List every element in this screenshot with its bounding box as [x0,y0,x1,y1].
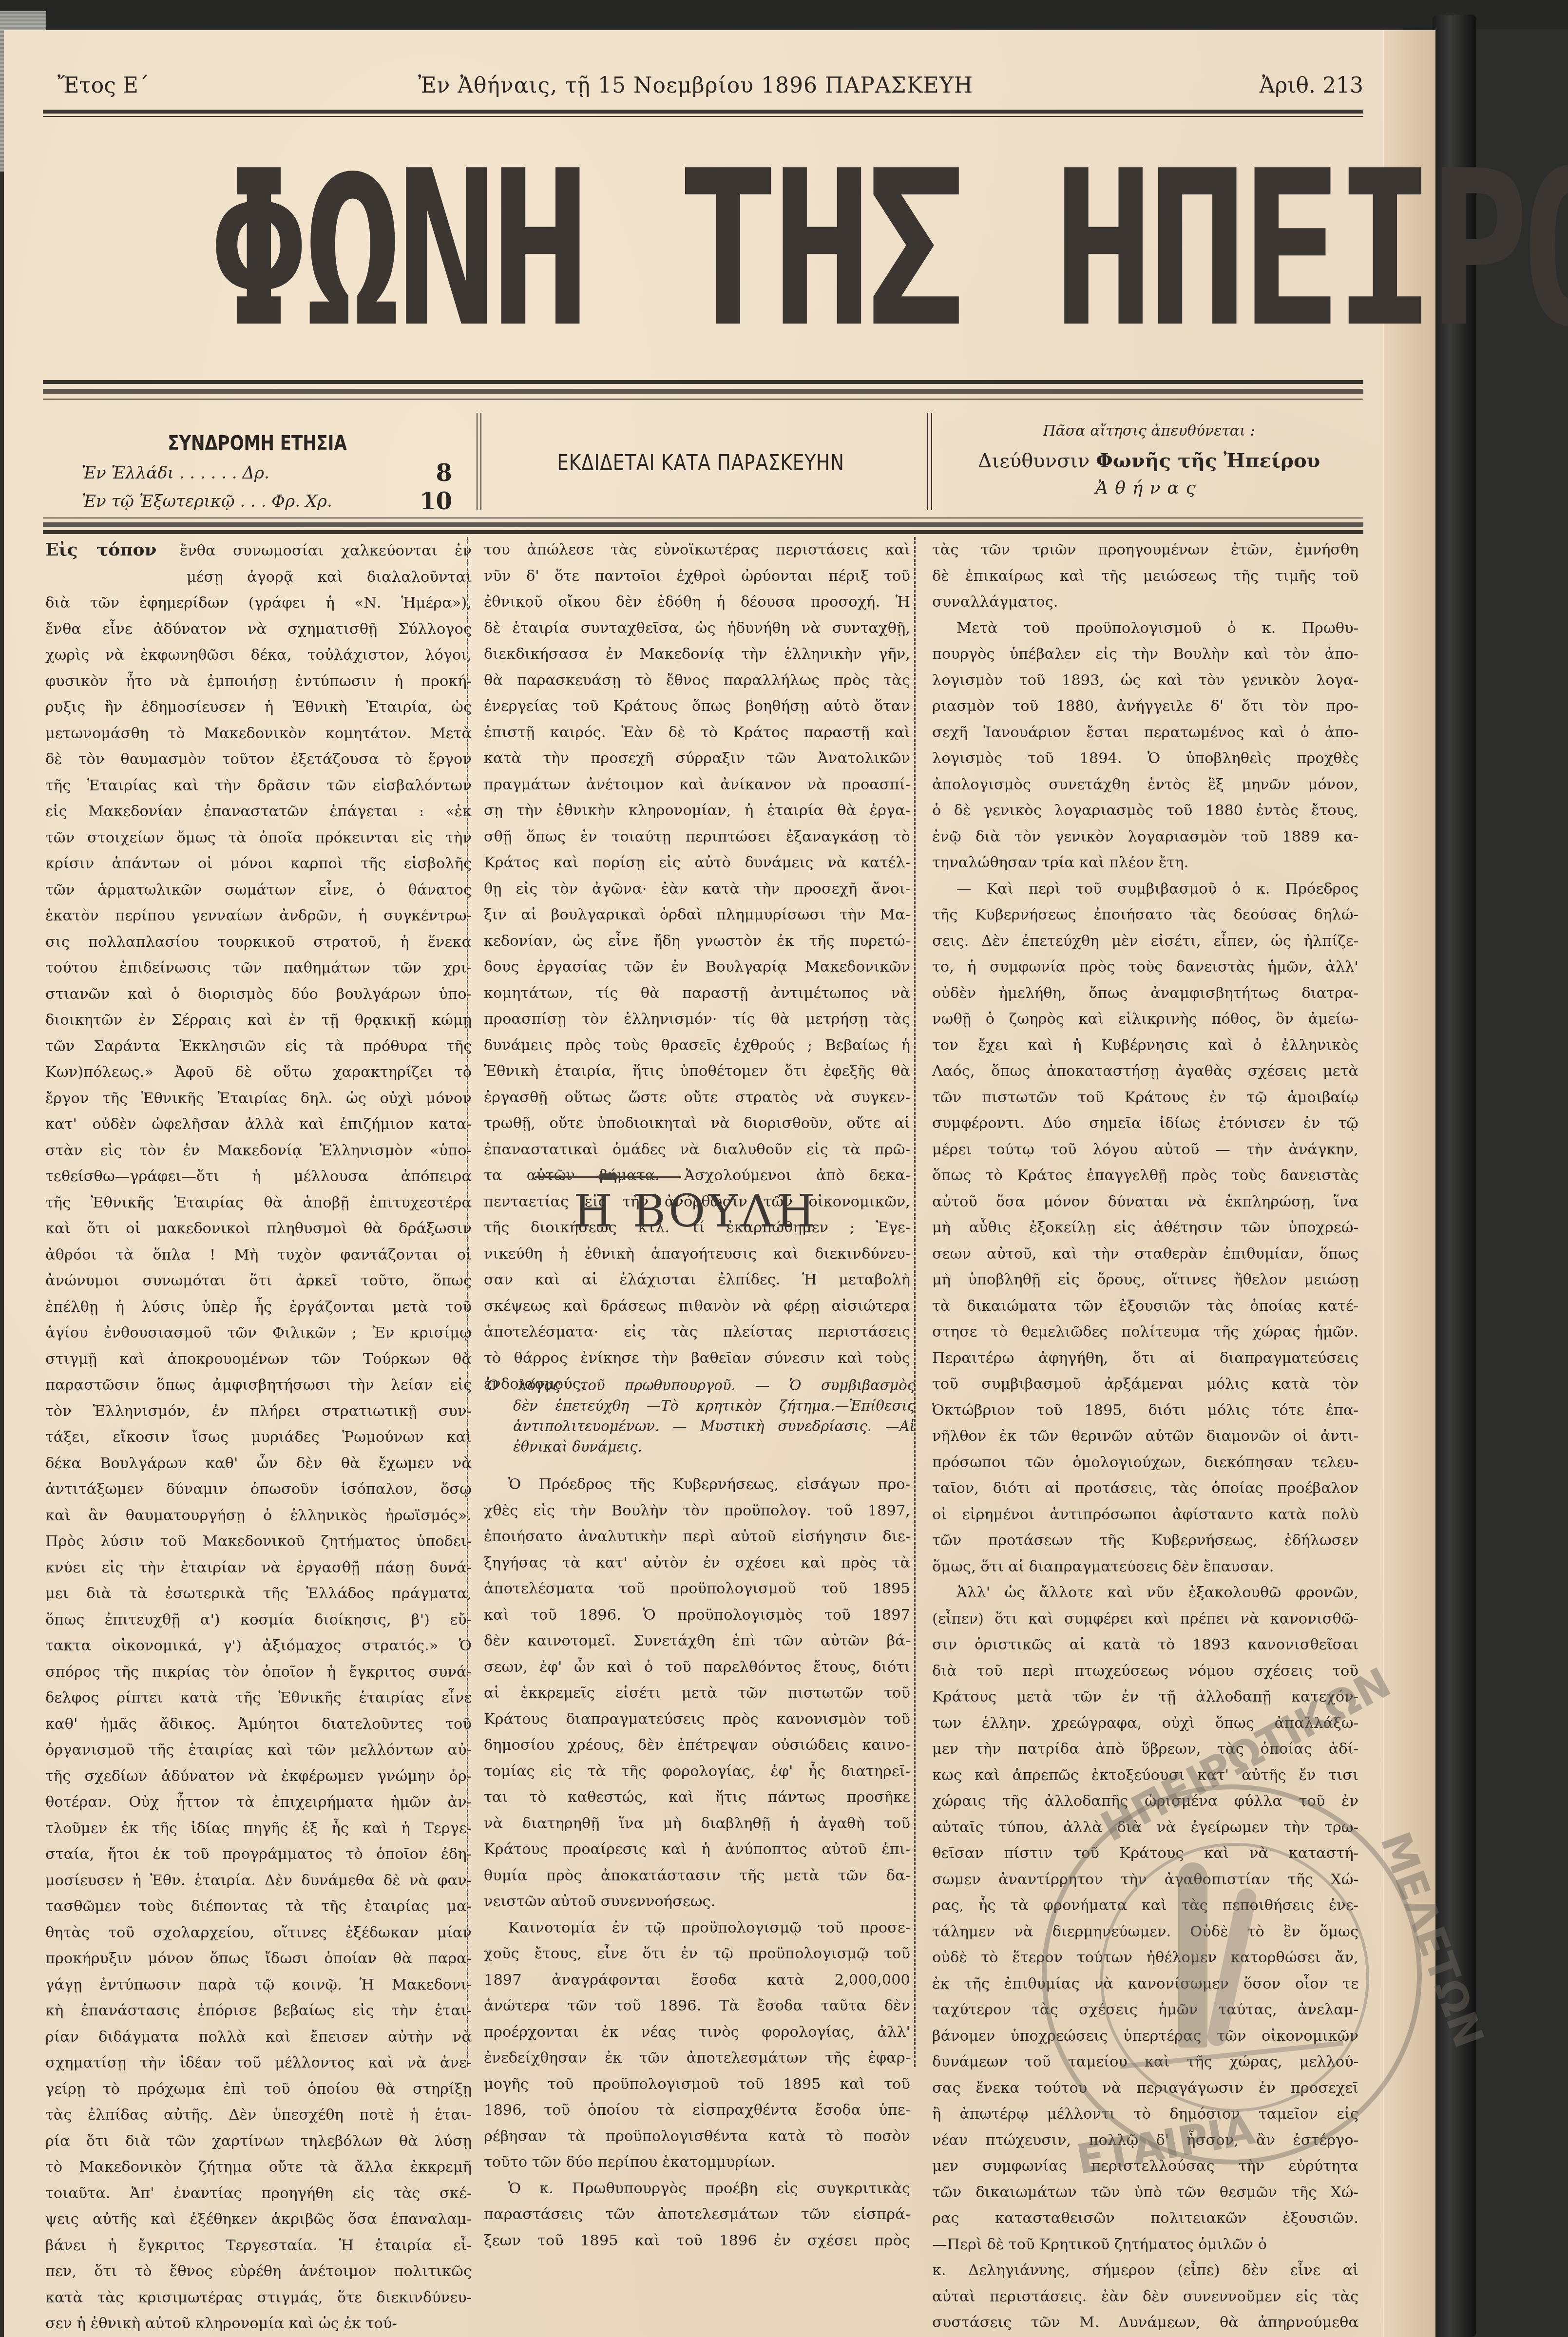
summary-line: δὲν ἐπετεύχθη —Τὸ κρητικὸν ζήτημα.—Ἐπίθε… [486,1396,915,1416]
text-line: των ἑλλην. χρεώγραφα, οὐχὶ ὅπως ἀπαλλάξω… [932,1710,1358,1737]
address-box: Πᾶσα αἴτησις ἀπευθύνεται : Διεύθυνσιν Φω… [935,413,1363,510]
text-line: πρόσωποι τῶν ὁμολογιούχων, διεκόπησαν τε… [932,1450,1358,1476]
issue-date: Ἐν Ἀθήναις, τῇ 15 Νοεμβρίου 1896 ΠΑΡΑΣΚΕ… [418,73,973,98]
text-line: Ἀλλ' ὡς ἄλλοτε καὶ νῦν ἐξακολουθῶ φρονῶν… [932,1580,1358,1606]
text-line: μετωνομάσθη τὸ Μακεδονικὸν κομητάτον. Με… [45,721,472,747]
text-line: Ὁ Πρόεδρος τῆς Κυβερνήσεως, εἰσάγων προ- [484,1472,910,1498]
text-line: δημοσίου χρέους, δὲν ἐπέτρεψαν οὐσιώδεις… [484,1732,910,1759]
text-line: Μετὰ τοῦ προϋπολογισμοῦ ὁ κ. Πρωθυ- [932,615,1358,642]
text-line: δὲν καινοτομεῖ. Συνετάχθη ἐπὶ τῶν αὐτῶν … [484,1628,910,1654]
text-line: στησε τὸ θεμελιῶδες πολίτευμα τῆς χώρας … [932,1319,1358,1345]
text-line: τῆς Κυβερνήσεως ἐποιήσατο τὰς δεούσας δη… [932,902,1358,928]
text-line: ἀντιτάξωμεν δύναμιν ὁπωσοῦν ἰσόπαλον, ὅσ… [45,1476,472,1503]
text-line: τὸ Μακεδονικὸν ζήτημα οὔτε τὰ ἄλλα ἐκκρε… [45,2154,472,2181]
text-line: τῶν δικαιωμάτων τῶν ὑπὸ τῶν θεσμῶν τῆς Χ… [932,2180,1358,2206]
text-line: ρία ὅτι διὰ τῶν χαρτίνων τηλεβόλων θὰ λύ… [45,2128,472,2155]
text-line: ρας κατασταθεισῶν πολιτειακῶν ἐξουσιῶν. [932,2205,1358,2232]
text-line: προέρχονται ἐκ νέας τινὸς φορολογίας, ἀλ… [484,2019,910,2046]
text-line: δὲ ἑταιρία συνταχθεῖσα, ὡς ἠδυνήθη νὰ συ… [484,615,910,642]
text-line: μέρει τούτῳ τοῦ λόγου αὐτοῦ — τὴν ἀνάγκη… [932,1137,1358,1163]
address-name: Φωνῆς τῆς Ἠπείρου [1096,449,1320,472]
text-line: σκέψεως καὶ δράσεως πιθανὸν νὰ φέρῃ αἰσι… [484,1293,910,1320]
text-line: τοῦ συμβιβασμοῦ ἀρξάμεναι μόλις κατὰ τὸν [932,1371,1358,1398]
text-line: κατὰ τὰς κρισιμωτέρας στιγμάς, ὅτε διεκι… [45,2285,472,2311]
subscription-heading: ΣΥΝΔΡΟΜΗ ΕΤΗΣΙΑ [75,432,440,455]
text-line: Περαιτέρω ἀφηγήθη, ὅτι αἱ διαπραγματεύσε… [932,1345,1358,1372]
text-line: σιν ὁριστικῶς αἱ κατὰ τὸ 1893 κανονισθεῖ… [932,1632,1358,1658]
text-line: τοιαῦτα. Ἀπ' ἐναντίας προηγήθη εἰς τὰς σ… [45,2181,472,2207]
text-line: καθ' ἡμᾶς ἄδικος. Ἀμύητοι διατελοῦντες τ… [45,1711,472,1738]
text-line: Κων)πόλεως.» Ἀφοῦ δὲ οὕτω χαρακτηρίζει τ… [45,1059,472,1086]
issue-number: Ἀριθ. 213 [1260,73,1363,98]
text-line: ἀθρόοι τὰ ὅπλα ! Μὴ τυχὸν φαντάζονται οἱ [45,1242,472,1268]
text-line: σχηματίσῃ τὴν ἰδέαν τοῦ μέλλοντος καὶ νὰ… [45,2050,472,2076]
parliament-article: Ὁ Πρόεδρος τῆς Κυβερνήσεως, εἰσάγων προ-… [484,1472,910,2254]
text-line: παραστῶσιν ὅπως ἀμφισβητήσωσι τὴν λείαν … [45,1372,472,1398]
text-line: χοῦς ἔτους, εἶνε ὅτι ἐν τῷ προϋπολογισμῷ… [484,1941,910,1967]
text-line: δέκα Βουλγάρων καθ' ὧν δὲν θὰ ἔχωμεν νὰ [45,1451,472,1477]
text-line: νέαν πτώχευσιν, πολλῷ δ' ἧσσον, ἂν ἐστέρ… [932,2127,1358,2154]
text-line: δὲ τὸν θαυμασμὸν τοῦτον ἐξετάζουσα τὸ ἔρ… [45,747,472,773]
info-bar: ΣΥΝΔΡΟΜΗ ΕΤΗΣΙΑ Ἐν Ἑλλάδι . . . . . . Δρ… [43,413,1363,510]
text-line: καὶ τοῦ 1896. Ὁ προϋπολογισμὸς τοῦ 1897 [484,1602,910,1628]
text-line: Κράτους διαπραγματεύσεις πρὸς κανονισμὸν… [484,1706,910,1733]
text-line: τῆς σχεδίων ἀδύνατον νὰ ἐκφέρωμεν γνώμην… [45,1763,472,1790]
text-line: του ἀπώλεσε τὰς εὐνοϊκωτέρας περιστάσεις… [484,537,910,563]
text-line: τάλημεν νὰ διερμηνεύωμεν. Οὐδὲ τὸ ἓν ὅμω… [932,1919,1358,1945]
text-line: ἐκ τῆς ἐπιθυμίας νὰ κανονίσωμεν ὅσον οἷο… [932,1971,1358,1997]
text-line: καὶ ὅτι οἱ μακεδονικοὶ πληθυσμοὶ θὰ δράξ… [45,1216,472,1242]
text-line: μεν τὴν πατρίδα ἀπὸ ὕβρεων, τὰς ὁποίας ἀ… [932,1736,1358,1762]
text-line: σωμεν ἀναντίρρητον τὴν ἀγαθοπιστίαν τῆς … [932,1867,1358,1893]
text-line: θῃ εἰς τὸν ἀγῶνα· ἐὰν κατὰ τὴν προσεχῆ ἄ… [484,876,910,902]
text-line: Ἐθνικὴ ἑταιρία, ἥτις ὑποθέτομεν ὅτι ἐφεξ… [484,1058,910,1085]
text-line: χωρὶς νὰ ἐκφωνηθῶσι δέκα, τοὐλάχιστον, λ… [45,642,472,669]
text-line: ρέβησαν τὰ προϋπολογισθέντα κατὰ τὸ ποσὸ… [484,2124,910,2150]
text-line: μοσίευσεν ἡ Ἐθν. ἑταιρία. Δὲν δυνάμεθα δ… [45,1868,472,1894]
text-line: οὐδὲ τὸ ἕτερον τούτων ἠθέλομεν κατορθώσε… [932,1945,1358,1971]
text-line: συστάσεις τῶν Μ. Δυνάμεων, θὰ ἀπηρνούμεθ… [932,2310,1358,2336]
text-line: νὰ διατηρηθῇ ἵνα μὴ διαβληθῇ ἡ ἀγαθὴ τοῦ [484,1811,910,1837]
text-line: τοῦτο τῶν δύο περίπου ἑκατομμυρίων. [484,2149,910,2176]
text-line: Κράτους μετὰ τῶν ἐν τῇ ἀλλοδαπῇ κατεχόν- [932,1684,1358,1710]
text-line: μεν συμφωνίας περιστελλούσας τὴν εὐρύτητ… [932,2153,1358,2180]
text-line: οἱ εἰρημένοι ἀντιπρόσωποι ἀφίσταντο κατὰ… [932,1502,1358,1528]
text-line: συναλλάγματος. [932,589,1358,615]
text-line: ταῖον, διότι αἱ προτάσεις, τὰς ὁποίας πρ… [932,1475,1358,1502]
text-line: (εἶπεν) ὅτι καὶ συμφέρει καὶ πρέπει νὰ κ… [932,1606,1358,1632]
text-line: σταία, ἤτοι ἐκ τοῦ προγράμματος τὸ ὁποῖο… [45,1841,472,1868]
address-line: Διεύθυνσιν Φωνῆς τῆς Ἠπείρου [935,449,1363,472]
text-line: ταχύτερον τὰς σχέσεις ἡμῶν ταύτας, ἀνελα… [932,1997,1358,2023]
text-line: τλοῦμεν ἐκ τῆς ἰδίας πηγῆς ἐξ ἧς καὶ ἡ Τ… [45,1816,472,1842]
text-line: θυμία πρὸς ἀποκατάστασιν τῆς μετὰ τῶν δα… [484,1863,910,1889]
text-line: τὰ δικαιώματα τῶν ἐξουσιῶν τὰς ὁποίας κα… [932,1293,1358,1320]
text-line: συμφέροντι. Δύο σημεῖα ἰδίως ἐτόνισεν ἐν… [932,1111,1358,1137]
text-line: θοτέραν. Οὐχ ἧττον τὰ ἐπιχειρήματα ἡμῶν … [45,1789,472,1816]
text-line: νειστῶν αὐτοῦ συνεννοήσεως. [484,1889,910,1915]
text-line: Πρὸς λύσιν τοῦ Μακεδονικοῦ ζητήματος ὑπο… [45,1529,472,1555]
text-line: τῆς Ἑταιρίας καὶ τὴν δρᾶσιν τῶν εἰσβαλόν… [45,773,472,799]
text-line: νῆλθον ἐκ τῶν θερινῶν αὐτῶν διαμονῶν οἱ … [932,1423,1358,1450]
text-line: ἀνώνυμοι συνωμόται ὅτι ἀρκεῖ τοῦτο, ὅπως [45,1268,472,1294]
text-line: Λαός, ὅπως ἀποκαταστήσῃ ἀγαθὰς σχέσεις μ… [932,1058,1358,1085]
subscription-box: ΣΥΝΔΡΟΜΗ ΕΤΗΣΙΑ Ἐν Ἑλλάδι . . . . . . Δρ… [43,413,472,510]
text-line: κ. Δεληγιάννης, σήμερον (εἶπε) δὲν εἶνε … [932,2258,1358,2284]
text-line: ὅμως, ὅτι αἱ διαπραγματεύσεις δὲν ἔπαυσα… [932,1554,1358,1580]
publication-box: ΕΚΔΙΔΕΤΑΙ ΚΑΤΑ ΠΑΡΑΣΚΕΥΗΝ [481,413,920,510]
newspaper-page: Ἔτος Ε΄ Ἐν Ἀθήναις, τῇ 15 Νοεμβρίου 1896… [4,30,1434,2337]
text-line: πουργὸς ὑπέβαλεν εἰς τὴν Βουλὴν καὶ τὸν … [932,641,1358,668]
text-line: μογῆς τοῦ προϋπολογισμοῦ τοῦ 1895 καὶ το… [484,2071,910,2098]
masthead-rule [43,110,1363,114]
address-intro: Πᾶσα αἴτησις ἀπευθύνεται : [935,422,1363,440]
text-line: γείρῃ τὸ πρόχωμα ἐπὶ τοῦ ὁποίου θὰ στηρί… [45,2076,472,2103]
text-line: προασπίσῃ τὸν ἑλληνισμόν· τίς θὰ μετρήσῃ… [484,1006,910,1033]
text-line: ριασμὸν τοῦ 1880, ἀνήγγειλε δ' ὅτι τὸν π… [932,693,1358,720]
text-line: ὁ δὲ γενικὸς λογαριασμὸς τοῦ 1880 ἐντὸς … [932,798,1358,824]
text-line: σθῇ ὅπως ἐν τοιαύτῃ περιπτώσει ἐξαναγκάσ… [484,824,910,850]
masthead-rule-thin [43,116,1363,117]
text-line: μὴ αὖθις ἐξοκείλῃ εἰς ἀθέτησιν τῶν ὑποχρ… [932,1215,1358,1241]
text-line: προκήρυξιν μόνον ὅπως ἴδωσι ὁποίαν θὰ πα… [45,1946,472,1972]
text-line: το, ἡ συμφωνία πρὸς τοὺς δανειστὰς ἡμῶν,… [932,954,1358,980]
text-line: ἔνθα εἶνε ἀδύνατον νὰ σχηματισθῇ Σύλλογο… [45,616,472,643]
text-line: ἐπαναστατικαὶ ὁμάδες νὰ διαλυθοῦν εἰς τὰ… [484,1137,910,1163]
text-line: δυνάμεις πρὸς τοὺς θρασεῖς ἐχθρούς ; Βεβ… [484,1033,910,1059]
text-line: βάνει ἡ ἔγκριτος Τεργεσταία. Ἡ ἑταιρία ε… [45,2233,472,2259]
text-line: ἐνῷ διὰ τὸν γενικὸν λογαριασμὸν τοῦ 1889… [932,824,1358,850]
text-line: σας ἕνεκα τούτου νὰ περιαγάγωσιν ἐν προσ… [932,2075,1358,2102]
text-line: —Περὶ δὲ τοῦ Κρητικοῦ ζητήματος ὁμιλῶν ὁ [932,2232,1358,2258]
text-line: τὸν Ἑλληνισμόν, ἐν πλήρει στρατιωτικῇ συ… [45,1398,472,1425]
text-line: κομητάτων, τίς θὰ παραστῇ ἀντιμέτωπος νὰ [484,980,910,1007]
text-line: αὐταῖς τύπου, ἀλλὰ διὰ νὰ ἐγείρωμεν τὴν … [932,1815,1358,1841]
summary-line: Ὁ λόγος τοῦ πρωθυπουργοῦ. — Ὁ συμβιβασμὸ… [486,1375,915,1396]
text-line: γάγῃ ἐντύπωσιν παρὰ τῷ κοινῷ. Ἡ Μακεδονι… [45,1972,472,1998]
text-line: τακτα οἰκονομικά, γ') ἀξιόμαχος στρατός.… [45,1633,472,1659]
text-line: δελφος ρίπτει κατὰ τῆς Ἐθνικῆς ἑταιρίας … [45,1685,472,1711]
text-line: τούτου ἐπιδείνωσις τῶν παθημάτων τῶν χρι… [45,955,472,981]
text-line: μὴ ὑποβληθῇ εἰς ὅρους, οἵτινες ἤθελον με… [932,1267,1358,1293]
text-line: διοικητῶν ἐν Σέρραις καὶ ἐν τῇ θρᾳκικῇ κ… [45,1007,472,1034]
text-line: σεχῆ Ἰανουάριον ἔσται περατωμένος καὶ ὁ … [932,720,1358,746]
title-rule [43,380,1363,384]
text-line: Καινοτομία ἐν τῷ προϋπολογισμῷ τοῦ προσε… [484,1915,910,1941]
text-line: ψεις αὐτῆς καὶ ἐξέθηκεν ἀκριβῶς ὅσα ἐπαν… [45,2206,472,2233]
text-line: χθὲς εἰς τὴν Βουλὴν τὸν προϋπολογ. τοῦ 1… [484,1498,910,1524]
text-line: ὅπως ἐπιτευχθῇ α') κοσμία διοίκησις, β')… [45,1607,472,1633]
text-line: τὰς ἐλπίδας αὐτῆς. Δὲν ὑπεσχέθη ποτὲ ἡ ἑ… [45,2102,472,2128]
text-line: κατὰ τὴν προσεχῆ σύρραξιν τῶν Ἀνατολικῶν [484,746,910,772]
text-line: τηναλώθησαν τρία καὶ πλέον ἔτη. [932,850,1358,876]
section-ornament-dot [598,1173,618,1180]
info-divider [477,413,481,510]
info-rule-thin [43,517,1363,518]
text-line: τὸ θάρρος ἐνίκησε τὴν βαθεῖαν σύνεσιν κα… [484,1345,910,1372]
text-line: στιγμῇ καὶ ἀποκρουομένων τῶν Τούρκων θὰ [45,1346,472,1373]
text-line: ἀπολογισμὸς συνετάχθη ἐντὸς ἓξ μηνῶν μόν… [932,772,1358,798]
text-line: τὰς τῶν τριῶν προηγουμένων ἐτῶν, ἐμνήσθη [932,537,1358,563]
text-line: αἱ ἐκκρεμεῖς εἰσέτι μετὰ τῶν πιστωτῶν το… [484,1680,910,1706]
text-line: τον ἔχει καὶ ἡ Κυβέρνησις καὶ ὁ ἑλληνικὸ… [932,1033,1358,1059]
text-line: ἁγίου ἐνθουσιασμοῦ τῶν Φιλικῶν ; Ἐν κρισ… [45,1320,472,1346]
text-line: τῶν ἁρματωλικῶν σωμάτων εἶνε, ὁ θάνατος [45,877,472,903]
text-line: θητὰς τοῦ σχολαρχείου, οἵτινες ἐξέδωκαν … [45,1920,472,1946]
text-line: τῶν προτάσεων τῆς Κυβερνήσεως, ἐδήλωσεν [932,1528,1358,1554]
text-line: διεκδικήσασα ἐν Μακεδονίᾳ τὴν ἑλληνικὴν … [484,641,910,668]
title-rule-thin [43,399,1363,400]
text-line: πραγμάτων ἀνέτοιμον καὶ ἀνίκανον νὰ προα… [484,772,910,798]
section-summary: Ὁ λόγος τοῦ πρωθυπουργοῦ. — Ὁ συμβιβασμὸ… [486,1375,915,1457]
text-line: Ὀκτώβριον τοῦ 1895, διότι μόλις τότε ἐπα… [932,1398,1358,1424]
text-line: στὰν εἰς τὸν ἐν Μακεδονίᾳ Ἑλληνισμὸν «ὑπ… [45,1138,472,1164]
text-line: 1896, τοῦ ὁποίου τὰ εἰσπραχθέντα ἔσοδα ὑ… [484,2097,910,2124]
text-line: δὲ ἐπικαίρως καὶ τῆς μειώσεως τῆς τιμῆς … [932,563,1358,590]
text-line: τῶν στοιχείων ὅμως τὰ ὁποῖα πρόκεινται ε… [45,825,472,851]
text-line: σεων, ἐφ' ὧν καὶ ὁ τοῦ παρελθόντος ἔτους… [484,1654,910,1681]
text-line: τασθῶμεν τοὺς διέποντας τὰ τῆς ἑταιρίας … [45,1894,472,1920]
text-line: κεδονίαν, ὡς εἶνε ἤδη γνωστὸν ἐκ τῆς πυρ… [484,928,910,955]
text-line: Ὁ κ. Πρωθυπουργὸς προέβη εἰς συγκριτικὰς [484,2176,910,2202]
text-line: σεων αὐτοῦ, καὶ τὴν σταθερὰν ἐπιθυμίαν, … [932,1241,1358,1267]
price-amount: 10 [420,488,452,515]
text-line: κὴ ἐπανάστασις ἐπόρισε βεβαίως εἰς τὴν ἑ… [45,1998,472,2024]
text-line: νῦν δ' ὅτε παντοῖοι ἐχθροὶ ὠρύονται πέρι… [484,563,910,590]
text-line: ἐνεργείας τοῦ Κράτους ὅπως βοηθήσῃ αὐτὸ … [484,693,910,720]
section-title: Η ΒΟΥΛΗ [472,1185,920,1237]
text-line: διὰ τοῦ περὶ πτωχεύσεως νόμου σχέσεις το… [932,1658,1358,1685]
text-line: ἐπιστῇ καιρός. Ἐὰν δὲ τὸ Κράτος παραστῇ … [484,720,910,746]
summary-line: ἀντιπολιτευομένων. — Μυστικὴ συνεδρίασις… [486,1416,915,1437]
text-line: ἔργον τῆς Ἐθνικῆς Ἑταιρίας δηλ. ὡς οὐχὶ … [45,1086,472,1112]
text-line: κως καὶ ἀπρεπῶς ἐκτοξεύουσι κατ' αὐτῆς ἔ… [932,1762,1358,1789]
text-line: 1897 ἀναγράφονται ἔσοδα κατὰ 2,000,000 [484,1967,910,1993]
info-rule [43,530,1363,534]
text-line: στιανῶν καὶ ὁ διορισμὸς δύο βουλγάρων ὑπ… [45,981,472,1008]
price-label: Ἐν Ἑλλάδι . . . . . . Δρ. [82,463,269,483]
text-line: ἐποιήσατο ἀναλυτικὴν περὶ αὐτοῦ εἰσήγησι… [484,1524,910,1550]
text-line: κρίσιν ἁπάντων οἱ μόνοι καρποὶ τῆς εἰσβο… [45,851,472,877]
text-line: ἑκατὸν περίπου γενναίων ἀνδρῶν, ἡ συγκέν… [45,903,472,929]
text-line: Κράτος καὶ πορίσῃ εἰς αὐτὸ δυνάμεις νὰ κ… [484,850,910,876]
text-line: σῃ τὴν ἐθνικὴν κληρονομίαν, ἡ ἑταιρία θὰ… [484,798,910,824]
text-line: παραστάσεις τῶν ἀποτελεσμάτων τῶν εἰσπρά… [484,2202,910,2228]
text-line: σεν ἡ ἐθνικὴ αὐτοῦ κληρονομία καὶ ὡς ἐκ … [45,2311,472,2337]
text-line: μέσῃ ἀγορᾷ καὶ διαλαλοῦνται [45,564,472,591]
text-line: αὐταὶ περιστάσεις. ἐὰν δὲν συνεννοῦμεν ε… [932,2284,1358,2310]
text-line: Κράτους προαίρεσις καὶ ἡ ἀνύποπτος αὐτοῦ… [484,1837,910,1863]
book-binding-top [0,0,1568,29]
text-line: σις πολλαπλασίου τουρκικοῦ στρατοῦ, ἡ ἕν… [45,929,472,956]
text-line: ἢ ἀπωτέρῳ μέλλοντι τὸ δημόσιον ταμεῖον ε… [932,2101,1358,2127]
text-line: καὶ ἂν θαυματουργήσῃ ὁ ἑλληνικὸς ἡρωϊσμό… [45,1503,472,1529]
column-divider [914,537,917,2067]
text-line: ἀποτελέσματα τοῦ προϋπολογισμοῦ τοῦ 1895 [484,1576,910,1602]
price-label: Ἐν τῷ Ἐξωτερικῷ . . . Φρ. Χρ. [82,492,332,511]
text-line: — Καὶ περὶ τοῦ συμβιβασμοῦ ὁ κ. Πρόεδρος [932,876,1358,902]
text-line: σαν καὶ αἱ ἐλάχισται ἐλπίδες. Ἡ μεταβολὴ [484,1267,910,1293]
volume-year: Ἔτος Ε΄ [57,73,149,98]
text-line: τάξει, εἴκοσιν ἴσως μυριάδες Ῥωμούνων κα… [45,1424,472,1451]
text-line: ὀργανισμοῦ τῆς ἑταιρίας καὶ τῶν μελλόντω… [45,1737,472,1763]
text-line: λογισμὸν τοῦ 1893, ὡς καὶ τὸν γενικὸν λο… [932,668,1358,694]
text-line: κατ' οὐδὲν ὠφελῆσαν ἀλλὰ καὶ ἐπιζήμιον κ… [45,1111,472,1138]
text-line: χώραις τῆς ἀλλοδαπῆς ὡρισμένα φύλλα τοῦ … [932,1788,1358,1815]
info-rule-double [43,522,1363,527]
text-line: αὐτοῦ ὅσα μόνον δύναται νὰ ἐκπληρώσῃ, ἵν… [932,1189,1358,1215]
text-line: ἐργασθῇ οὕτως ὥστε οὔτε στρατὸς νὰ συγκε… [484,1085,910,1111]
address-city: Ἀθήνας [935,478,1363,498]
publication-schedule: ΕΚΔΙΔΕΤΑΙ ΚΑΤΑ ΠΑΡΑΣΚΕΥΗΝ [515,451,887,476]
article-middle-column: του ἀπώλεσε τὰς εὐνοϊκωτέρας περιστάσεις… [484,537,910,1398]
text-line: θὰ παρασκευάσῃ τὸ ἔθνος παραλλήλως πρὸς … [484,668,910,694]
price-amount: 8 [436,460,452,487]
text-line: κνύει εἰς τὴν ἑταιρίαν νὰ ἐργασθῇ πάσῃ δ… [45,1555,472,1581]
text-line: ἀνώτερα τῶν τοῦ 1896. Τὰ ἔσοδα ταῦτα δὲν [484,1993,910,2019]
text-line: ρας, ἧς τὰ φρονήματα καὶ τὰς πεποιθήσεις… [932,1893,1358,1919]
text-line: ξεων τοῦ 1895 καὶ τοῦ 1896 ἐν σχέσει πρὸ… [484,2228,910,2254]
article-right-column: τὰς τῶν τριῶν προηγουμένων ἐτῶν, ἐμνήσθη… [932,537,1358,2336]
summary-line: ἐθνικαὶ δυνάμεις. [486,1437,915,1457]
address-label: Διεύθυνσιν [978,450,1090,472]
text-line: τῶν πιστωτῶν τοῦ Κράτους ἐν τῷ ἀμοιβαίῳ [932,1085,1358,1111]
text-line: μει διὰ τὰ ἐσωτερικὰ τῆς Ἑλλάδος πράγματ… [45,1581,472,1607]
text-line: τομίας εἰς τὰ τῆς φορολογίας, ἐφ' ἧς δια… [484,1759,910,1785]
text-line: βάνομεν ὑποχρεώσεις ὑπερτέρας τῶν οἰκονο… [932,2023,1358,2050]
text-line: σπόρος τῆς πικρίας τὸν ὁποῖον ἡ ἔγκριτος… [45,1659,472,1686]
text-line: δους ἐργασίας τῶν ἐν Βουλγαρίᾳ Μακεδονικ… [484,954,910,980]
text-line: ξιν αἱ βουλγαρικαὶ ὀρδαὶ πλημμυρίσωσι τὴ… [484,902,910,928]
text-line: ρυξις ἣν ἐδημοσίευσεν ἡ Ἐθνικὴ Ἑταιρία, … [45,694,472,721]
text-line: διὰ τῶν ἐφημερίδων (γράφει ἡ «Ν. Ἡμέρα»)… [45,590,472,616]
text-line: τῆς Ἐθνικῆς Ἑταιρίας θὰ ἀποβῇ ἐπιτυχεστέ… [45,1190,472,1216]
title-rule-double [43,389,1363,394]
text-line: φυσικὸν ἦτο νὰ ἐμποιήσῃ ἐντύπωσιν ἡ προκ… [45,669,472,695]
text-line: οὐδὲν ἠμελήθη, ὅπως ἀναμφισβητήτως διατρ… [932,980,1358,1007]
text-line: ρίαν διδάγματα πολλὰ καὶ ἔπεισεν αὐτὴν ν… [45,2024,472,2050]
text-line: ὅπως τὸ Κράτος ἐπαγγελθῇ πρὸς τοὺς δανει… [932,1163,1358,1189]
page-edge [1383,30,1435,2337]
text-line: λογισμὸς τοῦ 1894. Ὁ ὑποβληθεὶς προχθὲς [932,746,1358,772]
article-lead: Εἰς τόπον [45,539,157,560]
text-line: δυνάμεων τοῦ ταμείου καὶ τῆς χώρας, μελλ… [932,2049,1358,2075]
text-line: νικεύθη ἡ ἐθνικὴ ἀπαγοήτευσις καὶ διεκιν… [484,1241,910,1267]
text-line: τρωθῇ, οὔτε ὑποδιοικηταὶ νὰ διορισθοῦν, … [484,1111,910,1137]
text-line: νωθῇ ὁ ζωηρὸς καὶ εἰλικρινὴς πόθος, ὃν ἀ… [932,1006,1358,1033]
price-row-abroad: Ἐν τῷ Ἐξωτερικῷ . . . Φρ. Χρ. 10 [43,492,472,511]
text-line: ἐθνικοῦ οἴκου δὲν ἐδόθη ἡ δέουσα προσοχή… [484,589,910,615]
text-line: θεῖσαν πίστιν τοῦ Κράτους καὶ νὰ καταστή… [932,1840,1358,1867]
text-line: ἔνθα συνωμοσίαι χαλκεύονται ἐν [174,542,472,559]
text-line: σεις. Δὲν ἐπετεύχθη μὲν εἰσέτι, εἶπεν, ὡ… [932,928,1358,955]
text-line: εἰς Μακεδονίαν ἐπαναστατῶν ἐπάγεται : «ἐ… [45,799,472,825]
text-line: ἐνεδείχθησαν ἐκ τῶν ἀποτελεσμάτων τῆς ἐφ… [484,2045,910,2071]
price-row-greece: Ἐν Ἑλλάδι . . . . . . Δρ. 8 [43,463,472,483]
info-divider [927,413,932,510]
text-line: τῶν Σαράντα Ἐκκλησιῶν εἰς τὰ πρόθυρα τῆς [45,1034,472,1060]
text-line: τεθείσθω—γράφει—ὅτι ἡ μέλλουσα ἀπόπειρα [45,1164,472,1190]
text-line: ξηγήσας τὰ κατ' αὐτὸν ἐν σχέσει καὶ πρὸς… [484,1550,910,1576]
text-line: ται τὸ καθεστώς, καὶ ἥτις πάντως προσῆκε [484,1784,910,1811]
text-line: πεν, ὅτι τὸ ἔθνος εὑρέθη ἀνέτοιμον πολιτ… [45,2259,472,2285]
newspaper-title: ΦΩΝΗ ΤΗΣ ΗΠΕΙΡΟΥ [209,145,999,354]
text-line: ἀποτελέσματα· εἰς τὰς πλείστας περιστάσε… [484,1319,910,1345]
text-line: ἐπέλθῃ ἡ λύσις ὑπὲρ ἧς ἐργάζονται μετὰ τ… [45,1294,472,1321]
article-left-column: Εἰς τόπον ἔνθα συνωμοσίαι χαλκεύονται ἐν… [45,537,472,2337]
